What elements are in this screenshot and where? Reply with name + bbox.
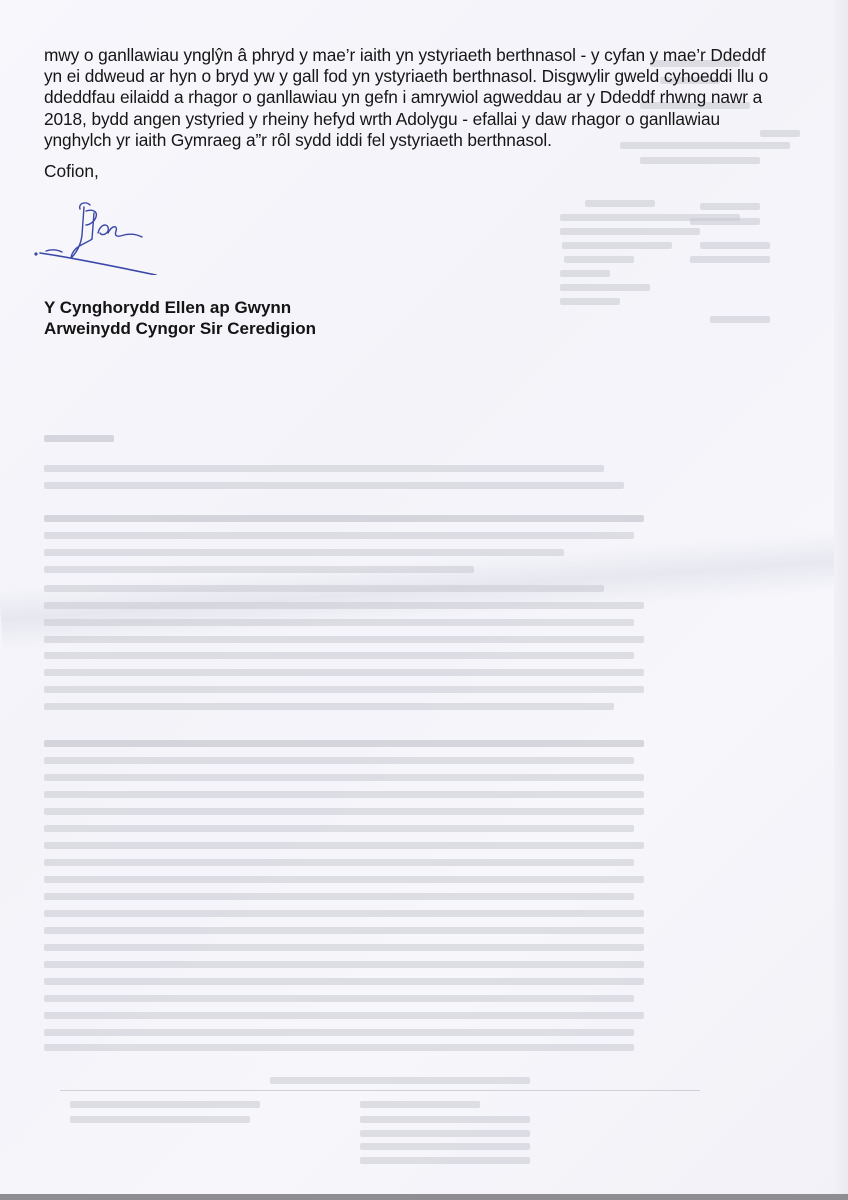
- bleed-through-line: [360, 1143, 530, 1150]
- bleed-through-line: [44, 825, 634, 832]
- bleed-through-line: [360, 1157, 530, 1164]
- bleed-through-line: [44, 978, 644, 985]
- bleed-through-line: [44, 669, 644, 676]
- bleed-through-line: [44, 703, 614, 710]
- bleed-through-line: [560, 228, 700, 235]
- bleed-through-line: [700, 242, 770, 249]
- bleed-through-line: [700, 203, 760, 210]
- bleed-through-line: [44, 566, 474, 573]
- bleed-through-line: [360, 1130, 530, 1137]
- bleed-through-line: [44, 910, 644, 917]
- bleed-through-line: [560, 298, 620, 305]
- signatory-name: Y Cynghorydd Ellen ap Gwynn: [44, 297, 316, 318]
- bleed-through-line: [585, 200, 655, 207]
- bleed-through-line: [44, 808, 644, 815]
- body-line: yn ei ddweud ar hyn o bryd yw y gall fod…: [44, 66, 804, 87]
- body-line: mwy o ganllawiau ynglŷn â phryd y mae’r …: [44, 45, 804, 66]
- bleed-through-line: [44, 876, 644, 883]
- bleed-through-line: [70, 1116, 250, 1123]
- bleed-through-line: [44, 791, 644, 798]
- bleed-through-line: [360, 1116, 530, 1123]
- letter-page: mwy o ganllawiau ynglŷn â phryd y mae’r …: [0, 0, 848, 1194]
- bleed-through-line: [44, 602, 644, 609]
- bleed-through-line: [44, 944, 644, 951]
- bleed-through-line: [44, 585, 604, 592]
- bleed-through-line: [44, 842, 644, 849]
- bleed-through-line: [560, 284, 650, 291]
- bleed-through-line: [44, 686, 644, 693]
- bleed-through-line: [560, 270, 610, 277]
- bleed-through-line: [44, 1012, 644, 1019]
- signatory-block: Y Cynghorydd Ellen ap Gwynn Arweinydd Cy…: [44, 297, 316, 339]
- bleed-through-line: [44, 532, 634, 539]
- letter-closing: Cofion,: [44, 161, 99, 182]
- body-line: ddeddfau eilaidd a rhagor o ganllawiau y…: [44, 87, 804, 108]
- bleed-through-line: [44, 619, 634, 626]
- bleed-through-line: [70, 1101, 260, 1108]
- bleed-through-line: [44, 740, 644, 747]
- bleed-through-line: [44, 435, 114, 442]
- bleed-through-line: [44, 652, 634, 659]
- bleed-through-line: [44, 465, 604, 472]
- bleed-through-line: [564, 256, 634, 263]
- bleed-through-line: [710, 316, 770, 323]
- bleed-through-line: [44, 636, 644, 643]
- body-line: 2018, bydd angen ystyried y rheiny hefyd…: [44, 109, 804, 130]
- page-right-edge: [834, 0, 848, 1194]
- bleed-through-line: [44, 927, 644, 934]
- letter-body-paragraph: mwy o ganllawiau ynglŷn â phryd y mae’r …: [44, 45, 804, 151]
- signatory-title: Arweinydd Cyngor Sir Ceredigion: [44, 318, 316, 339]
- bleed-through-line: [562, 242, 672, 249]
- bleed-through-line: [44, 961, 644, 968]
- bleed-through-line: [44, 757, 634, 764]
- scan-bottom-edge: [0, 1194, 848, 1200]
- bleed-through-line: [60, 1090, 700, 1091]
- bleed-through-line: [690, 218, 760, 225]
- bleed-through-line: [44, 893, 634, 900]
- bleed-through-line: [360, 1101, 480, 1108]
- bleed-through-line: [44, 482, 624, 489]
- bleed-through-line: [44, 1044, 634, 1051]
- handwritten-signature-icon: [28, 195, 168, 275]
- bleed-through-line: [44, 774, 644, 781]
- bleed-through-line: [44, 1029, 634, 1036]
- body-line: ynghylch yr iaith Gymraeg a”r rôl sydd i…: [44, 130, 804, 151]
- bleed-through-line: [44, 995, 634, 1002]
- bleed-through-line: [690, 256, 770, 263]
- bleed-through-line: [270, 1077, 530, 1084]
- bleed-through-line: [44, 859, 634, 866]
- bleed-through-line: [44, 515, 644, 522]
- bleed-through-line: [44, 549, 564, 556]
- bleed-through-line: [640, 157, 760, 164]
